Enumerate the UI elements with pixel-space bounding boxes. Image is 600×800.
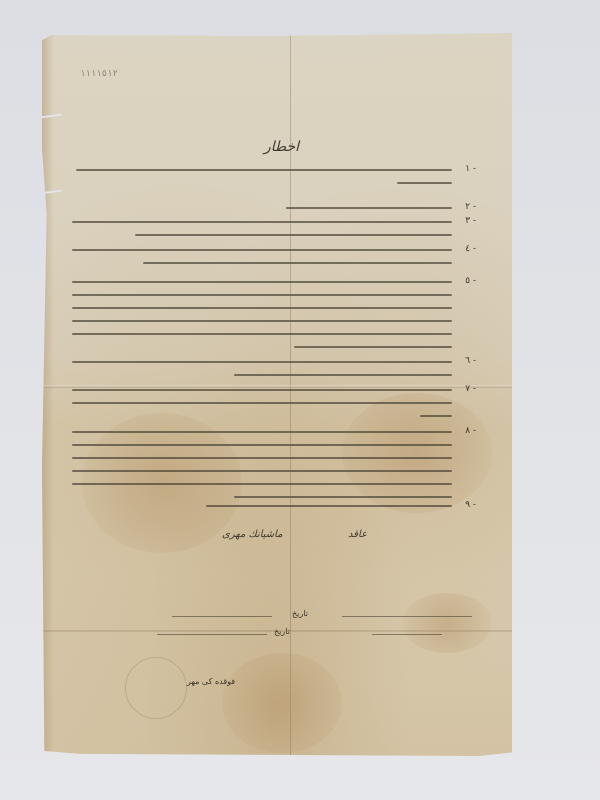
signature-row-2-text [372, 634, 442, 635]
clause-number: ٩ - [465, 499, 476, 512]
owner-seal-heading: ماشيانك مهرى [222, 529, 283, 540]
signature-row-1-date: تاريخ [292, 609, 308, 618]
clause-number: ١ - [465, 163, 476, 176]
clause-number: ٣ - [465, 215, 476, 228]
clause-number: ٧ - [465, 383, 476, 396]
clause-1: ١ - [56, 163, 452, 189]
clause-number: ٤ - [465, 243, 476, 256]
signature-row-2-date: تاريخ [274, 627, 290, 636]
serial-number: ١١١١٥١٢ [80, 69, 118, 79]
stamp-note: فوقده كى مهر [187, 677, 235, 686]
clause-5: ٥ - [56, 275, 452, 353]
clause-number: ٢ - [465, 201, 476, 214]
document-title: اخطار [264, 139, 299, 155]
stain [402, 593, 492, 653]
clause-number: ٨ - [465, 425, 476, 438]
contractor-heading: عاقد [348, 529, 367, 540]
clause-9: ٩ - [56, 499, 452, 512]
clause-3: ٣ - [56, 215, 452, 241]
clause-number: ٥ - [465, 275, 476, 288]
clause-2: ٢ - [56, 201, 452, 214]
clause-8: ٨ - [56, 425, 452, 503]
clause-6: ٦ - [56, 355, 452, 381]
clause-7: ٧ - [56, 383, 452, 422]
document-paper: ١١١١٥١٢ اخطار ١ - ٢ - ٣ - ٤ - ٥ - ٦ - [42, 33, 512, 756]
signature-row-1-left-text [172, 616, 272, 617]
clause-4: ٤ - [56, 243, 452, 269]
paper-edge [42, 33, 54, 756]
signature-row-2-left-text [157, 634, 267, 635]
faded-seal-stamp [125, 657, 187, 719]
clause-number: ٦ - [465, 355, 476, 368]
stain [222, 653, 342, 753]
signature-row-1-text [342, 616, 472, 617]
